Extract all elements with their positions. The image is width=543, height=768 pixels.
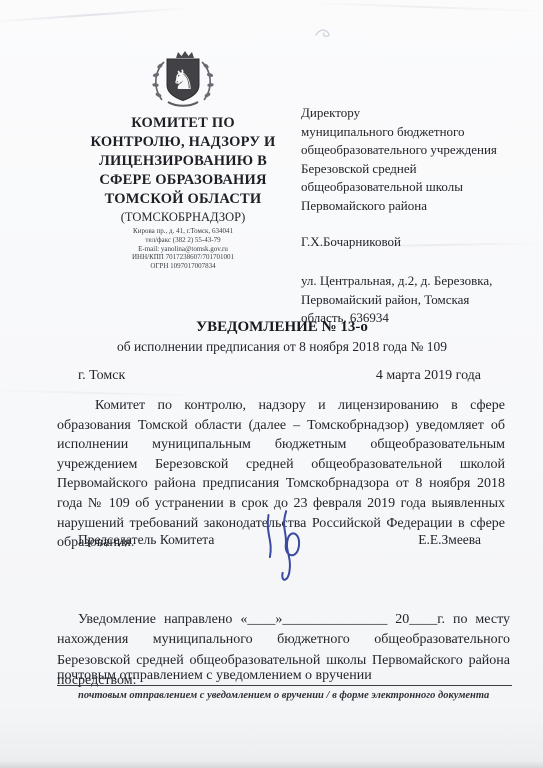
letterhead: ♞ КОМИТЕТ ПО КОНТРОЛЮ, НАДЗОРУ И ЛИЦЕНЗИ… <box>58 48 308 271</box>
dispatch-method-selected: почтовым отправлением с уведомлением о в… <box>57 666 512 686</box>
signer-position: Председатель Комитета <box>78 532 214 548</box>
addressee-block: Директору муниципального бюджетного обще… <box>301 104 529 328</box>
org-email: E-mail: yanolina@tomsk.gov.ru <box>58 245 308 254</box>
scanned-letter-page: ♞ КОМИТЕТ ПО КОНТРОЛЮ, НАДЗОРУ И ЛИЦЕНЗИ… <box>0 0 543 768</box>
place-date-row: г. Томск 4 марта 2019 года <box>57 368 481 384</box>
org-name-line: КОМИТЕТ ПО <box>58 114 308 133</box>
org-name-line: СФЕРЕ ОБРАЗОВАНИЯ <box>58 171 308 190</box>
addressee-line: муниципального бюджетного <box>301 123 529 142</box>
org-name-line: ТОМСКОЙ ОБЛАСТИ <box>58 190 308 209</box>
addressee-person: Г.Х.Бочарниковой <box>301 233 529 252</box>
document-subtitle: об исполнении предписания от 8 ноября 20… <box>57 338 507 356</box>
horse-glyph: ♞ <box>171 65 195 96</box>
org-name-line: КОНТРОЛЮ, НАДЗОРУ И <box>58 133 308 152</box>
addressee-line: Директору <box>301 104 529 123</box>
org-ogrn: ОГРН 1097017007834 <box>58 262 308 271</box>
org-name: КОМИТЕТ ПО КОНТРОЛЮ, НАДЗОРУ И ЛИЦЕНЗИРО… <box>58 114 308 209</box>
place: г. Томск <box>78 368 125 384</box>
title-block: УВЕДОМЛЕНИЕ № 13-о об исполнении предпис… <box>57 318 507 356</box>
coat-of-arms-icon: ♞ <box>140 48 226 110</box>
org-address: Кирова пр., д. 41, г.Томск, 634041 <box>58 227 308 236</box>
org-name-line: ЛИЦЕНЗИРОВАНИЮ В <box>58 152 308 171</box>
addressee-address-line: ул. Центральная, д.2, д. Березовка, <box>301 272 529 291</box>
addressee-address-line: Первомайский район, Томская <box>301 291 529 310</box>
addressee-line: Березовской средней <box>301 160 529 179</box>
document-title: УВЕДОМЛЕНИЕ № 13-о <box>57 318 507 337</box>
signature-row: Председатель Комитета Е.Е.Змеева <box>57 532 481 548</box>
pencil-mark <box>314 27 334 39</box>
scan-crease <box>300 2 543 13</box>
org-phone: тел/факс (382 2) 55-43-79 <box>58 236 308 245</box>
org-contacts: Кирова пр., д. 41, г.Томск, 634041 тел/ф… <box>58 227 308 271</box>
signer-name: Е.Е.Змеева <box>418 532 481 548</box>
addressee-line: общеобразовательного учреждения <box>301 141 529 160</box>
addressee-line: Первомайского района <box>301 197 529 216</box>
org-short-name: (ТОМСКОБРНАДЗОР) <box>58 210 308 225</box>
scan-crease <box>0 7 190 23</box>
date: 4 марта 2019 года <box>376 368 481 384</box>
org-inn-kpp: ИНН/КПП 7017238607/701701001 <box>58 253 308 262</box>
addressee-line: общеобразовательной школы <box>301 178 529 197</box>
dispatch-method-hint: почтовым отправлением с уведомлением о в… <box>78 690 508 701</box>
